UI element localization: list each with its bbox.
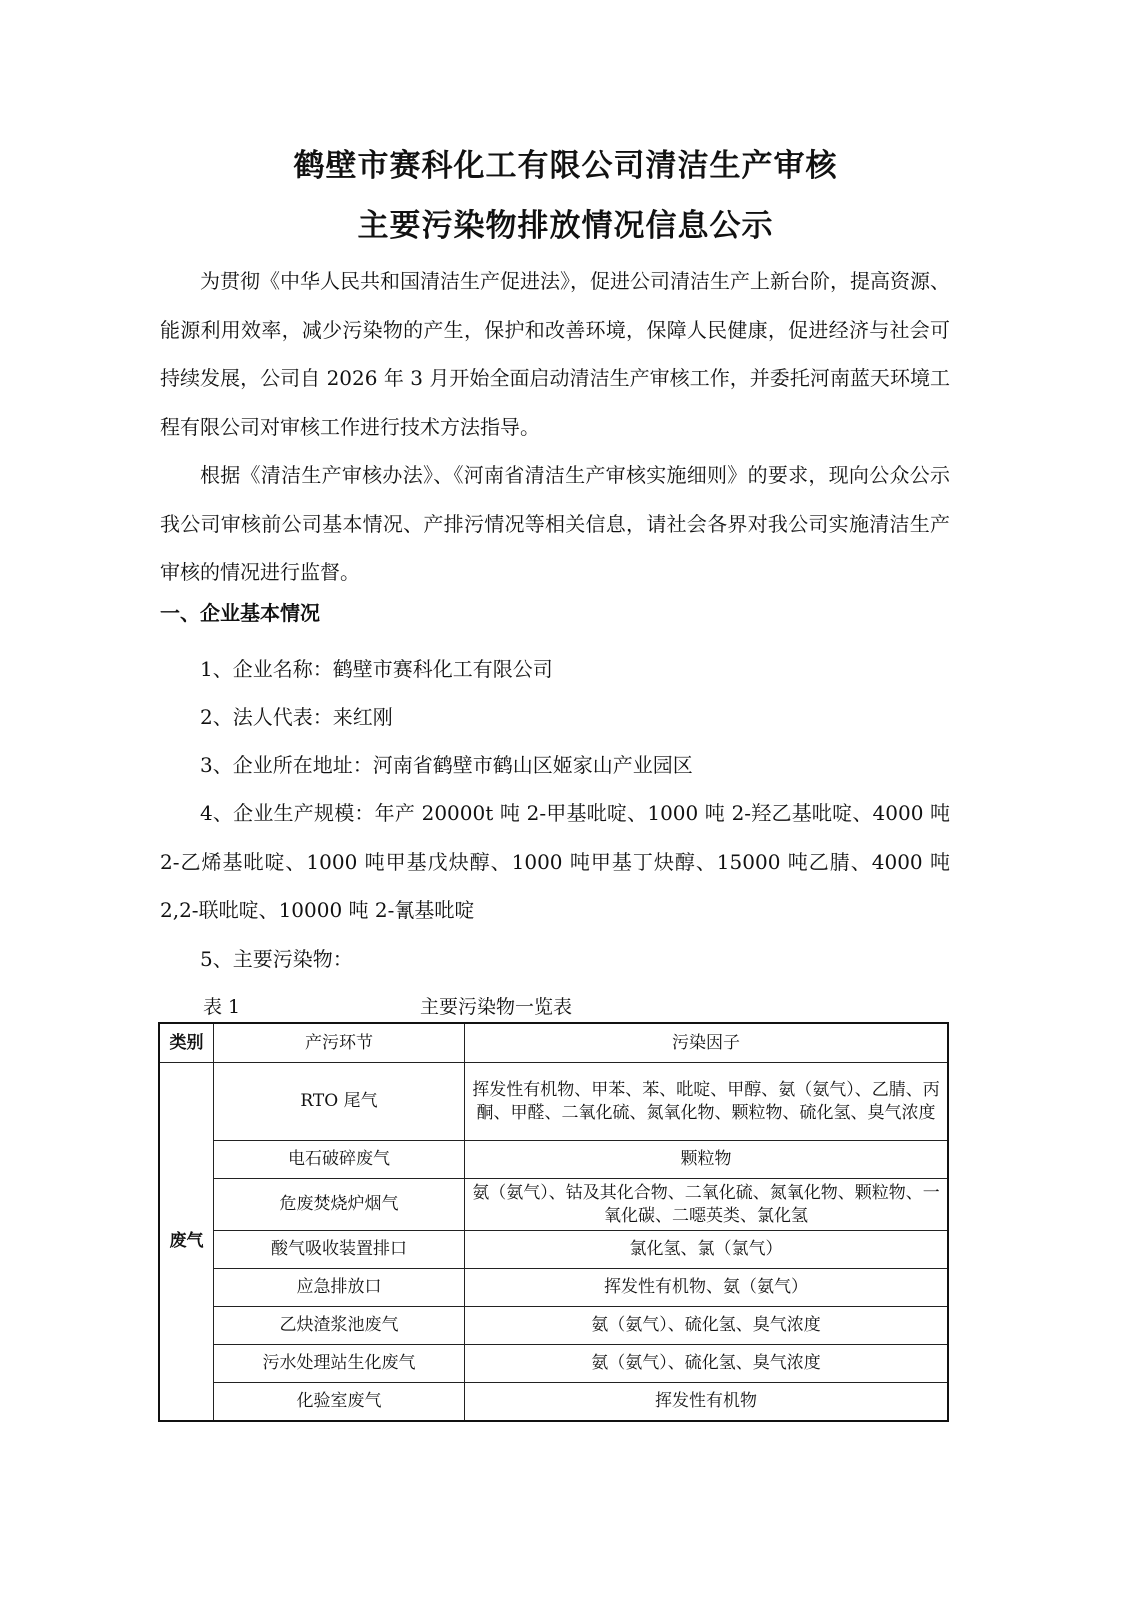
document-title-line1: 鹤壁市赛科化工有限公司清洁生产审核 — [0, 140, 1131, 185]
source-cell: 乙炔渣浆池废气 — [214, 1307, 465, 1345]
info-item-main-pollutants: 5、主要污染物： — [160, 935, 950, 984]
source-cell: 污水处理站生化废气 — [214, 1345, 465, 1383]
factors-cell: 氨（氨气）、硫化氢、臭气浓度 — [465, 1345, 949, 1383]
table-caption-title: 主要污染物一览表 — [420, 992, 572, 1019]
table-row: 化验室废气 挥发性有机物 — [159, 1383, 948, 1422]
info-item-company-name: 1、企业名称：鹤壁市赛科化工有限公司 — [160, 645, 950, 694]
intro-paragraph: 为贯彻《中华人民共和国清洁生产促进法》，促进公司清洁生产上新台阶，提高资源、能源… — [160, 257, 950, 451]
document-page: 鹤壁市赛科化工有限公司清洁生产审核 主要污染物排放情况信息公示 为贯彻《中华人民… — [0, 0, 1131, 1600]
source-cell: RTO 尾气 — [214, 1063, 465, 1141]
source-cell: 酸气吸收装置排口 — [214, 1231, 465, 1269]
table-header-row: 类别 产污环节 污染因子 — [159, 1023, 948, 1063]
source-cell: 电石破碎废气 — [214, 1141, 465, 1179]
factors-cell: 氨（氨气）、硫化氢、臭气浓度 — [465, 1307, 949, 1345]
basis-paragraph: 根据《清洁生产审核办法》、《河南省清洁生产审核实施细则》的要求，现向公众公示我公… — [160, 451, 950, 597]
table-row: 电石破碎废气 颗粒物 — [159, 1141, 948, 1179]
section-heading-basic-info: 一、企业基本情况 — [160, 597, 320, 626]
table-row: 危废焚烧炉烟气 氨（氨气）、钴及其化合物、二氧化硫、氮氧化物、颗粒物、一氧化碳、… — [159, 1179, 948, 1231]
factors-cell: 颗粒物 — [465, 1141, 949, 1179]
table-row: 应急排放口 挥发性有机物、氨（氨气） — [159, 1269, 948, 1307]
info-item-legal-rep: 2、法人代表：来红刚 — [160, 693, 950, 742]
pollutant-table: 类别 产污环节 污染因子 废气 RTO 尾气 挥发性有机物、甲苯、苯、吡啶、甲醇… — [158, 1022, 949, 1422]
header-category: 类别 — [159, 1023, 214, 1063]
table-row: 乙炔渣浆池废气 氨（氨气）、硫化氢、臭气浓度 — [159, 1307, 948, 1345]
factors-cell: 氯化氢、氯（氯气） — [465, 1231, 949, 1269]
header-factors: 污染因子 — [465, 1023, 949, 1063]
header-source: 产污环节 — [214, 1023, 465, 1063]
source-cell: 危废焚烧炉烟气 — [214, 1179, 465, 1231]
document-title-line2: 主要污染物排放情况信息公示 — [0, 200, 1131, 245]
info-item-address: 3、企业所在地址：河南省鹤壁市鹤山区姬家山产业园区 — [160, 741, 950, 790]
category-cell: 废气 — [159, 1063, 214, 1422]
factors-cell: 挥发性有机物、氨（氨气） — [465, 1269, 949, 1307]
factors-cell: 挥发性有机物、甲苯、苯、吡啶、甲醇、氨（氨气）、乙腈、丙酮、甲醛、二氧化硫、氮氧… — [465, 1063, 949, 1141]
source-cell: 应急排放口 — [214, 1269, 465, 1307]
table-row: 废气 RTO 尾气 挥发性有机物、甲苯、苯、吡啶、甲醇、氨（氨气）、乙腈、丙酮、… — [159, 1063, 948, 1141]
factors-cell: 挥发性有机物 — [465, 1383, 949, 1422]
factors-cell: 氨（氨气）、钴及其化合物、二氧化硫、氮氧化物、颗粒物、一氧化碳、二噁英类、氯化氢 — [465, 1179, 949, 1231]
table-row: 污水处理站生化废气 氨（氨气）、硫化氢、臭气浓度 — [159, 1345, 948, 1383]
table-row: 酸气吸收装置排口 氯化氢、氯（氯气） — [159, 1231, 948, 1269]
source-cell: 化验室废气 — [214, 1383, 465, 1422]
table-caption-number: 表 1 — [203, 992, 240, 1019]
info-item-production-scale: 4、企业生产规模：年产 20000t 吨 2-甲基吡啶、1000 吨 2-羟乙基… — [160, 789, 950, 935]
